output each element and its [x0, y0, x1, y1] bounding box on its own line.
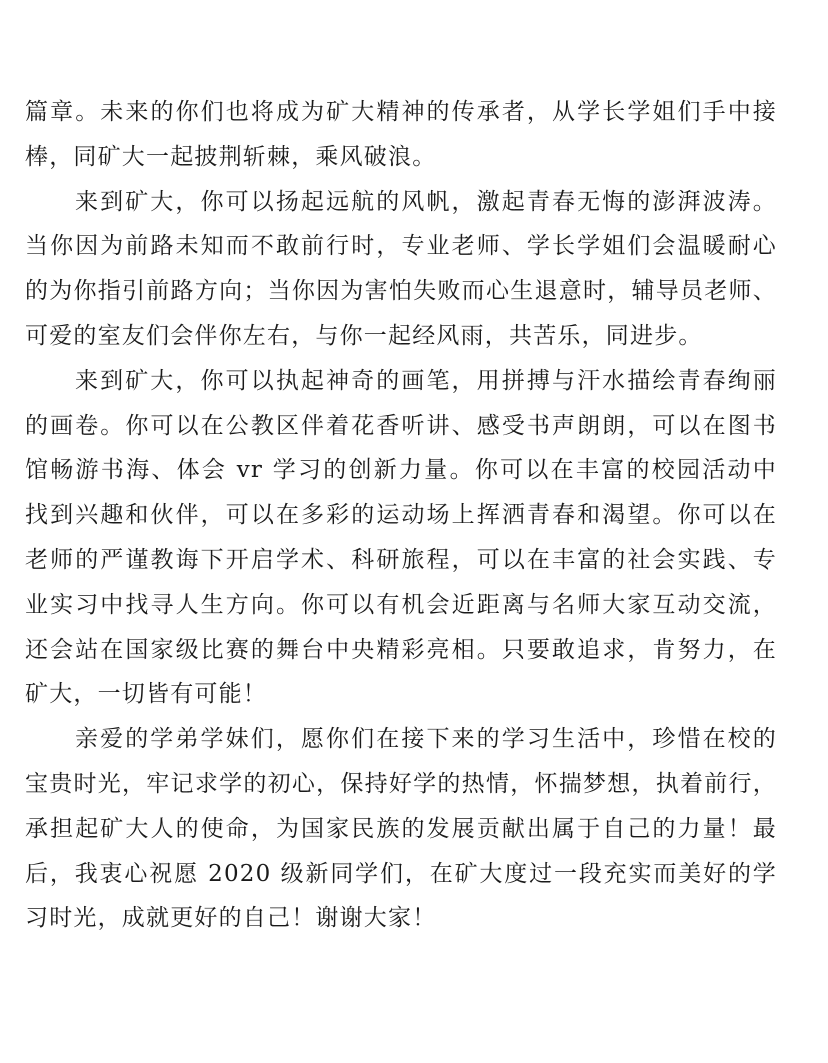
text-line: 找到兴趣和伙伴，可以在多彩的运动场上挥洒青春和渴望。你可以在	[25, 493, 777, 538]
text-line: 矿大，一切皆有可能！	[25, 672, 785, 717]
text-line: 棒，同矿大一起披荆斩棘，乘风破浪。	[25, 135, 785, 180]
text-line: 的为你指引前路方向；当你因为害怕失败而心生退意时，辅导员老师、	[25, 269, 777, 314]
paragraph: 来到矿大，你可以执起神奇的画笔，用拼搏与汗水描绘青春绚丽 的画卷。你可以在公教区…	[25, 359, 785, 717]
text-line: 来到矿大，你可以执起神奇的画笔，用拼搏与汗水描绘青春绚丽	[25, 359, 777, 404]
text-line: 亲爱的学弟学妹们，愿你们在接下来的学习生活中，珍惜在校的	[25, 717, 777, 762]
paragraph: 亲爱的学弟学妹们，愿你们在接下来的学习生活中，珍惜在校的 宝贵时光，牢记求学的初…	[25, 717, 785, 941]
text-line: 可爱的室友们会伴你左右，与你一起经风雨，共苦乐，同进步。	[25, 314, 785, 359]
paragraph: 来到矿大，你可以扬起远航的风帆，激起青春无悔的澎湃波涛。 当你因为前路未知而不敢…	[25, 180, 785, 359]
text-line: 还会站在国家级比赛的舞台中央精彩亮相。只要敢追求，肯努力，在	[25, 628, 777, 673]
text-line: 篇章。未来的你们也将成为矿大精神的传承者，从学长学姐们手中接	[25, 90, 777, 135]
document-page: 篇章。未来的你们也将成为矿大精神的传承者，从学长学姐们手中接 棒，同矿大一起披荆…	[25, 90, 785, 941]
text-line: 业实习中找寻人生方向。你可以有机会近距离与名师大家互动交流，	[25, 583, 777, 628]
text-line: 习时光，成就更好的自己！谢谢大家！	[25, 896, 785, 941]
text-line: 后，我衷心祝愿 2020 级新同学们，在矿大度过一段充实而美好的学	[25, 852, 777, 897]
text-line: 承担起矿大人的使命，为国家民族的发展贡献出属于自己的力量！最	[25, 807, 777, 852]
text-line: 当你因为前路未知而不敢前行时，专业老师、学长学姐们会温暖耐心	[25, 224, 777, 269]
text-line: 老师的严谨教诲下开启学术、科研旅程，可以在丰富的社会实践、专	[25, 538, 777, 583]
paragraph: 篇章。未来的你们也将成为矿大精神的传承者，从学长学姐们手中接 棒，同矿大一起披荆…	[25, 90, 785, 180]
text-line: 的画卷。你可以在公教区伴着花香听讲、感受书声朗朗，可以在图书	[25, 404, 777, 449]
text-line: 来到矿大，你可以扬起远航的风帆，激起青春无悔的澎湃波涛。	[25, 180, 777, 225]
text-line: 馆畅游书海、体会 vr 学习的创新力量。你可以在丰富的校园活动中	[25, 448, 777, 493]
text-line: 宝贵时光，牢记求学的初心，保持好学的热情，怀揣梦想，执着前行，	[25, 762, 777, 807]
